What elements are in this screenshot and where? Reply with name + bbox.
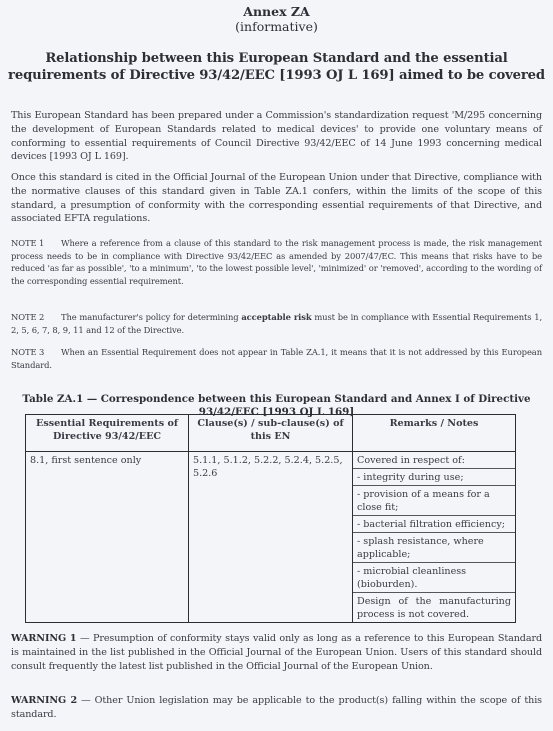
annex-heading-line2: requirements of Directive 93/42/EEC [199… bbox=[0, 67, 553, 84]
note-2: NOTE 2The manufacturer's policy for dete… bbox=[11, 311, 542, 336]
remark-item: Design of the manufacturing process is n… bbox=[353, 593, 515, 622]
intro-paragraph-2: Once this standard is cited in the Offic… bbox=[11, 171, 542, 226]
note-3-label: NOTE 3 bbox=[11, 346, 61, 359]
warning-1-text: — Presumption of conformity stays valid … bbox=[11, 633, 542, 672]
header-remarks: Remarks / Notes bbox=[353, 415, 516, 452]
remark-item: - provision of a means for a close fit; bbox=[353, 486, 515, 516]
note-3-text: When an Essential Requirement does not a… bbox=[11, 347, 542, 370]
annex-heading: Relationship between this European Stand… bbox=[0, 50, 553, 84]
table-header-row: Essential Requirements of Directive 93/4… bbox=[26, 415, 516, 452]
note-1-text: Where a reference from a clause of this … bbox=[11, 238, 542, 286]
remark-item: - bacterial filtration efficiency; bbox=[353, 516, 515, 533]
intro-paragraph-1: This European Standard has been prepared… bbox=[11, 109, 542, 164]
warning-1-label: WARNING 1 bbox=[11, 633, 76, 644]
remark-item: - microbial cleanliness (bioburden). bbox=[353, 563, 515, 593]
annex-title: Annex ZA bbox=[0, 4, 553, 19]
table-row: 8.1, first sentence only 5.1.1, 5.1.2, 5… bbox=[26, 452, 516, 623]
cell-remarks: Covered in respect of: - integrity durin… bbox=[353, 452, 516, 623]
cell-clauses: 5.1.1, 5.1.2, 5.2.2, 5.2.4, 5.2.5, 5.2.6 bbox=[189, 452, 353, 623]
table-caption-line1: Table ZA.1 — Correspondence between this… bbox=[0, 393, 553, 406]
warning-2-text: — Other Union legislation may be applica… bbox=[11, 695, 542, 720]
warning-2: WARNING 2 — Other Union legislation may … bbox=[11, 694, 542, 722]
note-1-label: NOTE 1 bbox=[11, 237, 61, 250]
warning-2-label: WARNING 2 bbox=[11, 695, 77, 706]
note-1: NOTE 1Where a reference from a clause of… bbox=[11, 237, 542, 287]
correspondence-table: Essential Requirements of Directive 93/4… bbox=[25, 414, 516, 623]
note-2-label: NOTE 2 bbox=[11, 311, 61, 324]
note-2-text-before: The manufacturer's policy for determinin… bbox=[61, 312, 241, 322]
header-clauses: Clause(s) / sub-clause(s) of this EN bbox=[189, 415, 353, 452]
document-page: Annex ZA (informative) Relationship betw… bbox=[0, 0, 553, 731]
annex-subtitle: (informative) bbox=[0, 19, 553, 34]
remark-item: - splash resistance, where applicable; bbox=[353, 533, 515, 563]
header-essential-requirements: Essential Requirements of Directive 93/4… bbox=[26, 415, 189, 452]
remark-item: - integrity during use; bbox=[353, 469, 515, 486]
warning-1: WARNING 1 — Presumption of conformity st… bbox=[11, 632, 542, 675]
note-3: NOTE 3When an Essential Requirement does… bbox=[11, 346, 542, 371]
annex-heading-line1: Relationship between this European Stand… bbox=[0, 50, 553, 67]
note-2-bold-term: acceptable risk bbox=[241, 312, 311, 322]
remark-item: Covered in respect of: bbox=[353, 452, 515, 469]
cell-requirement: 8.1, first sentence only bbox=[26, 452, 189, 623]
